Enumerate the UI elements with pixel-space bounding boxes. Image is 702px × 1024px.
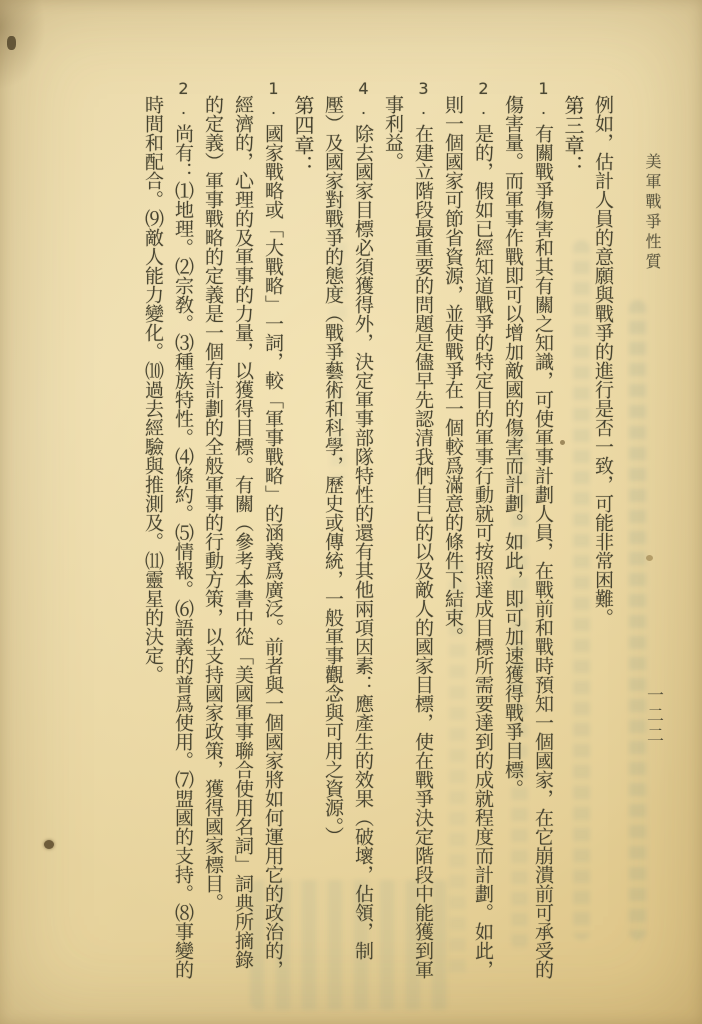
running-title: 美軍戰爭性質 bbox=[641, 153, 664, 273]
item-number: 4. bbox=[354, 79, 373, 119]
chapter4-item-2: 2.尚有：⑴地理。⑵宗敎。⑶種族特性。⑷條約。⑸情報。⑹語義的普爲使用。⑺盟國的… bbox=[138, 95, 198, 980]
chapter-3-heading: 第三章： bbox=[558, 95, 588, 980]
page-number: 一二二 bbox=[641, 686, 666, 746]
item-number: 1. bbox=[534, 79, 553, 119]
chapter3-item-4: 4.除去國家目標必須獲得外，決定軍事部隊特性的還有其他兩項因素：應產生的效果（破… bbox=[318, 95, 378, 980]
page-corner-shadow bbox=[0, 0, 46, 90]
item-number: 2. bbox=[174, 79, 193, 119]
ink-speck bbox=[44, 840, 54, 849]
scanned-document-page: 美軍戰爭性質 一二二 例如，估計人員的意願與戰爭的進行是否一致，可能非常困難。 … bbox=[0, 0, 702, 1024]
chapter-4-heading: 第四章： bbox=[288, 95, 318, 980]
item-text: 除去國家目標必須獲得外，決定軍事部隊特性的還有其他兩項因素：應產生的效果（破壞，… bbox=[322, 95, 374, 960]
item-text: 國家戰略或「大戰略」一詞，較「軍事戰略」的涵義爲廣泛。前者與一個國家將如何運用它… bbox=[202, 95, 284, 979]
item-text: 是的，假如已經知道戰爭的特定目的軍事行動就可按照達成目標所需要達到的成就程度而計… bbox=[442, 95, 494, 979]
chapter3-item-1: 1.有關戰爭傷害和其有關之知識，可使軍事計劃人員，在戰前和戰時預知一個國家，在它… bbox=[498, 95, 558, 980]
item-number: 3. bbox=[414, 79, 433, 119]
item-text: 尚有：⑴地理。⑵宗敎。⑶種族特性。⑷條約。⑸情報。⑹語義的普爲使用。⑺盟國的支持… bbox=[142, 95, 194, 979]
main-text-block: 例如，估計人員的意願與戰爭的進行是否一致，可能非常困難。 第三章： 1.有關戰爭… bbox=[84, 95, 618, 980]
ink-speck bbox=[7, 36, 16, 50]
chapter3-item-3: 3.在建立階段最重要的問題是儘早先認清我們自己的以及敵人的國家目標，使在戰爭決定… bbox=[378, 95, 438, 980]
chapter4-item-1: 1.國家戰略或「大戰略」一詞，較「軍事戰略」的涵義爲廣泛。前者與一個國家將如何運… bbox=[198, 95, 288, 980]
item-text: 有關戰爭傷害和其有關之知識，可使軍事計劃人員，在戰前和戰時預知一個國家，在它崩潰… bbox=[502, 95, 554, 979]
item-number: 1. bbox=[264, 79, 283, 119]
intro-paragraph: 例如，估計人員的意願與戰爭的進行是否一致，可能非常困難。 bbox=[588, 95, 618, 980]
ink-speck bbox=[646, 555, 653, 561]
item-text: 在建立階段最重要的問題是儘早先認清我們自己的以及敵人的國家目標，使在戰爭決定階段… bbox=[382, 95, 434, 979]
item-number: 2. bbox=[474, 79, 493, 119]
bleed-through-ghost bbox=[629, 300, 646, 940]
chapter3-item-2: 2.是的，假如已經知道戰爭的特定目的軍事行動就可按照達成目標所需要達到的成就程度… bbox=[438, 95, 498, 980]
